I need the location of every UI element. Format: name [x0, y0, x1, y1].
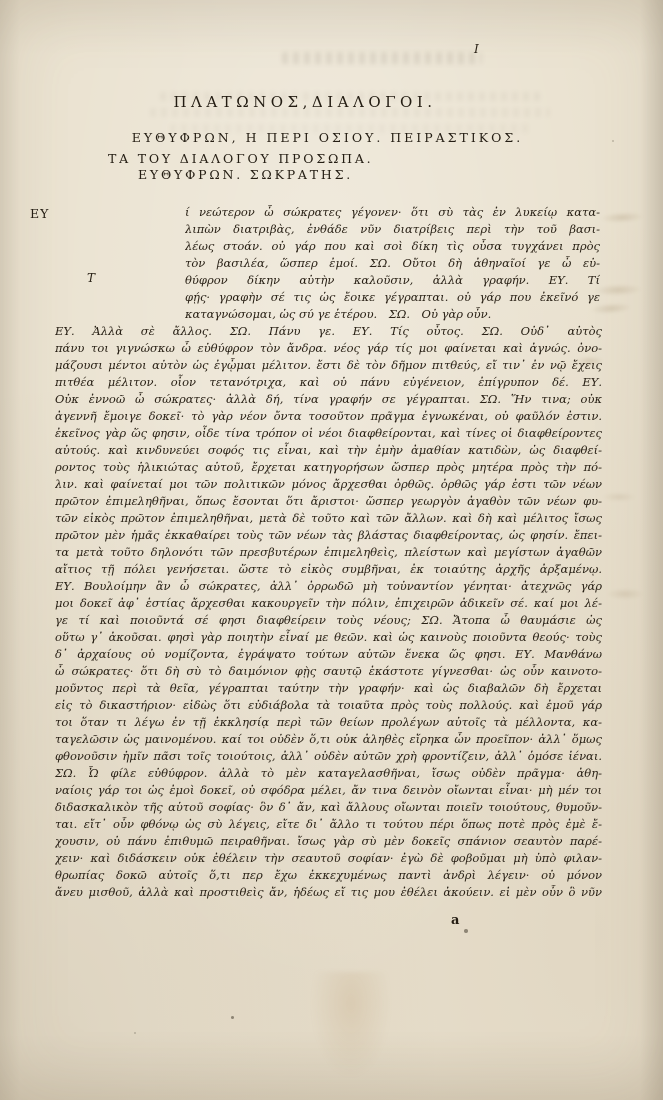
work-title: ΠΛΑΤΩΝΟΣ,ΔΙΑΛΟΓΟΙ. — [55, 93, 555, 111]
text-line: φῄς· γραφὴν σέ τις ὡς ἔοικε γέγραπται. ο… — [185, 289, 600, 306]
text-line: θρωπίας δοκῶ αὐτοῖς ὅ,τι περ ἔχω ἐκκεχυμ… — [55, 867, 602, 884]
text-line: γε τί καὶ ποιοῦντά σέ φησι διαφθείρειν τ… — [55, 612, 602, 629]
text-line: πρῶτον ἐπιμεληθῆναι, ὅπως ἔσονται ὅτι ἄρ… — [55, 493, 602, 510]
text-line: ΕΥ. Βουλοίμην ἂν ὦ σώκρατες, ἀλλ᾽ ὀρρωδῶ… — [55, 578, 602, 595]
ink-speck — [134, 1032, 136, 1034]
signature-mark: a — [451, 913, 459, 928]
text-line: χειν· καὶ διδάσκειν οὐκ ἐθέλειν τὴν σεαυ… — [55, 850, 602, 867]
faint-marginalia — [600, 211, 645, 224]
text-line: θύφρον δίκην αὐτὴν καλοῦσιν, ἀλλὰ γραφήν… — [185, 272, 600, 289]
text-line: αἴτιος τῇ πόλει γενήσεται. ὥστε τὸ εἰκὸς… — [55, 561, 602, 578]
dialogue-title: ΕΥΘΥΦΡΩΝ, Η ΠΕΡΙ ΟΣΙΟΥ. ΠΕΙΡΑΣΤΙΚΟΣ. — [40, 130, 615, 145]
text-line: πάνυ τοι γιγνώσκω ὦ εὐθύφρον τὸν ἄνδρα. … — [55, 340, 602, 357]
text-line: ται. εἴτ᾽ οὖν φθόνῳ ὡς σὺ λέγεις, εἴτε δ… — [55, 816, 602, 833]
faint-marginalia — [606, 588, 644, 600]
text-line: μάζουσι μέντοι αὐτὸν ὡς ἐγᾦμαι μέλιτον. … — [55, 357, 602, 374]
faint-marginalia — [594, 283, 642, 297]
faint-marginalia — [576, 356, 604, 366]
text-line: δ᾽ ἀρχαίους οὐ νομίζοντα, ἐγράψατο τούτω… — [55, 646, 602, 663]
text-line: ὦ σώκρατες· ὅτι δὴ σὺ τὸ δαιμόνιον φῂς σ… — [55, 663, 602, 680]
ink-speck — [464, 929, 468, 933]
text-line: μοι δοκεῖ ἀφ᾽ ἑστίας ἄρχεσθαι κακουργεῖν… — [55, 595, 602, 612]
text-line: λιπὼν διατριβὰς, ἐνθάδε νῦν διατρίβεις π… — [185, 221, 600, 238]
text-line: ταγελῶσιν ὡς μαινομένου. καί τοι οὐδὲν ὅ… — [55, 731, 602, 748]
text-line: ί νεώτερον ὦ σώκρατες γέγονεν· ὅτι σὺ τὰ… — [185, 204, 600, 221]
folio-number: I — [474, 42, 479, 56]
book-page: I ΠΛΑΤΩΝΟΣ,ΔΙΑΛΟΓΟΙ. ΕΥΘΥΦΡΩΝ, Η ΠΕΡΙ ΟΣ… — [0, 0, 663, 1100]
margin-speaker-label: ΕΥ — [30, 206, 49, 221]
text-line: ναίοις γάρ τοι ὡς ἐμοὶ δοκεῖ, οὐ σφόδρα … — [55, 782, 602, 799]
text-line: ἐκεῖνος γὰρ ὥς φησιν, οἶδε τίνα τρόπον ο… — [55, 425, 602, 442]
body-text-lines: ΕΥ. Ἀλλὰ σὲ ἄλλος. ΣΩ. Πάνυ γε. ΕΥ. Τίς … — [55, 323, 602, 901]
text-line: αὐτούς. καὶ κινδυνεύει σοφός τις εἶναι, … — [55, 442, 602, 459]
text-line: Οὐκ ἐννοῶ ὦ σώκρατες· ἀλλὰ δή, τίνα γραφ… — [55, 391, 602, 408]
text-line: ἄνευ μισθοῦ, ἀλλὰ καὶ προστιθεὶς ἄν, ἡδέ… — [55, 884, 602, 901]
faint-marginalia — [590, 302, 633, 316]
paper-stain — [312, 972, 390, 1077]
initial-guide-letter: Τ — [87, 271, 95, 285]
text-line: ροντος τοὺς ἡλικιώτας αὐτοῦ, ἔρχεται κατ… — [55, 459, 602, 476]
text-line: μοῦντος περὶ τὰ θεῖα, γέγραπται ταύτην τ… — [55, 680, 602, 697]
ink-speck — [612, 140, 614, 142]
text-line: λέως στοάν. οὐ γάρ που καὶ σοὶ δίκη τὶς … — [185, 238, 600, 255]
showthrough-text-ghost — [282, 52, 482, 64]
text-line: ΕΥ. Ἀλλὰ σὲ ἄλλος. ΣΩ. Πάνυ γε. ΕΥ. Τίς … — [55, 323, 602, 340]
ink-speck — [231, 1016, 234, 1019]
faint-marginalia — [602, 492, 636, 502]
opening-indented-lines: ί νεώτερον ὦ σώκρατες γέγονεν· ὅτι σὺ τὰ… — [185, 204, 600, 323]
text-line: πιτθέα μέλιτον. οἷον τετανότριχα, καὶ οὐ… — [55, 374, 602, 391]
text-line: διδασκαλικὸν τῆς αὑτοῦ σοφίας· ὃν δ᾽ ἄν,… — [55, 799, 602, 816]
text-line: οὕτω γ᾽ ἀκοῦσαι. φησὶ γὰρ ποιητὴν εἶναί … — [55, 629, 602, 646]
text-line: ΣΩ. Ὦ φίλε εὐθύφρον. ἀλλὰ τὸ μὲν καταγελ… — [55, 765, 602, 782]
text-line: φθονοῦσιν ἡμῖν πᾶσι τοῖς τοιούτοις, ἀλλ᾽… — [55, 748, 602, 765]
text-line: λιν. καὶ φαίνεταί μοι τῶν πολιτικῶν μόνο… — [55, 476, 602, 493]
text-line: καταγνώσομαι, ὡς σύ γε ἑτέρου. ΣΩ. Οὐ γὰ… — [185, 306, 600, 323]
text-line: τὸν βασιλέα, ὥσπερ ἐμοί. ΣΩ. Οὔτοι δὴ ἀθ… — [185, 255, 600, 272]
dramatis-personae: ΕΥΘΥΦΡΩΝ. ΣΩΚΡΑΤΗΣ. — [138, 167, 353, 182]
text-line: χουσιν, οὐ πάνυ ἐπιθυμῶ πειραθῆναι. ἴσως… — [55, 833, 602, 850]
text-line: πρῶτον μὲν ἡμᾶς ἐκκαθαίρει τοὺς τῶν νέων… — [55, 527, 602, 544]
text-line: ἀγεννῆ ἔμοιγε δοκεῖ· τὸ γὰρ νέον ὄντα το… — [55, 408, 602, 425]
dramatis-personae-heading: ΤΑ ΤΟΥ ΔΙΑΛΟΓΟΥ ΠΡΟΣΩΠΑ. — [108, 151, 373, 166]
text-line: εἰς τὸ δικαστήριον· εἰδὼς ὅτι εὐδιάβολα … — [55, 697, 602, 714]
text-line: τα μετὰ τοῦτο δηλονότι τῶν πρεσβυτέρων ἐ… — [55, 544, 602, 561]
text-line: τοι ὅταν τι λέγω ἐν τῇ ἐκκλησίᾳ περὶ τῶν… — [55, 714, 602, 731]
text-line: τῶν εἰκὸς πρῶτον ἐπιμεληθῆναι, μετὰ δὲ τ… — [55, 510, 602, 527]
